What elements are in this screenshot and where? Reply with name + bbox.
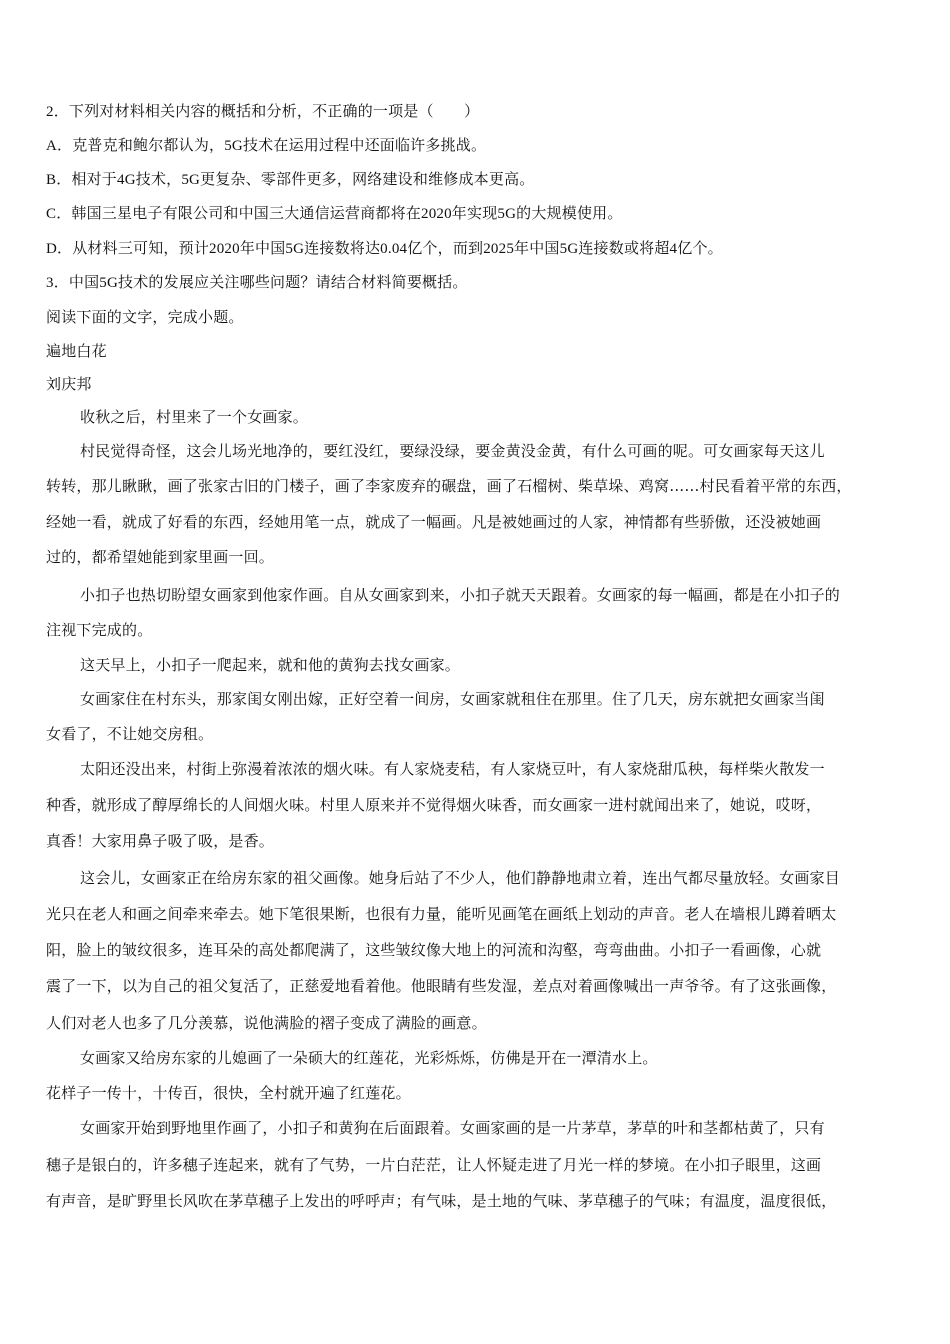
article-line: 光只在老人和画之间牵来牵去。她下笔很果断，也很有力量，能听见画笔在画纸上划动的声… bbox=[46, 904, 836, 924]
article-line: 穗子是银白的，许多穗子连起来，就有了气势，一片白茫茫，让人怀疑走进了月光一样的梦… bbox=[46, 1155, 821, 1175]
article-line: 过的，都希望她能到家里画一回。 bbox=[46, 547, 274, 567]
article-line: 女看了，不让她交房租。 bbox=[46, 724, 213, 744]
article-line: 女画家住在村东头，那家闺女刚出嫁，正好空着一间房，女画家就租住在那里。住了几天，… bbox=[80, 689, 825, 709]
question-2-option-b: B．相对于4G技术，5G更复杂、零部件更多，网络建设和维修成本更高。 bbox=[46, 170, 534, 190]
article-line: 花样子一传十，十传百，很快，全村就开遍了红莲花。 bbox=[46, 1083, 411, 1103]
article-line: 经她一看，就成了好看的东西，经她用笔一点，就成了一幅画。凡是被她画过的人家，神情… bbox=[46, 512, 821, 532]
question-2-option-c: C．韩国三星电子有限公司和中国三大通信运营商都将在2020年实现5G的大规模使用… bbox=[46, 204, 623, 224]
question-2-option-d: D．从材料三可知，预计2020年中国5G连接数将达0.04亿个，而到2025年中… bbox=[46, 239, 723, 259]
article-title: 遍地白花 bbox=[46, 341, 107, 361]
question-2-stem: 2．下列对材料相关内容的概括和分析，不正确的一项是（ ） bbox=[46, 102, 479, 122]
article-line: 小扣子也热切盼望女画家到他家作画。自从女画家到来，小扣子就天天跟着。女画家的每一… bbox=[80, 585, 840, 605]
article-author: 刘庆邦 bbox=[46, 374, 92, 394]
article-line: 种香，就形成了醇厚绵长的人间烟火味。村里人原来并不觉得烟火味香，而女画家一进村就… bbox=[46, 795, 821, 815]
article-line: 这天早上，小扣子一爬起来，就和他的黄狗去找女画家。 bbox=[80, 655, 460, 675]
article-line: 村民觉得奇怪，这会儿场光地净的，要红没红，要绿没绿，要金黄没金黄，有什么可画的呢… bbox=[80, 441, 825, 461]
article-line: 注视下完成的。 bbox=[46, 620, 152, 640]
article-line: 女画家又给房东家的儿媳画了一朵硕大的红莲花，光彩烁烁，仿佛是开在一潭清水上。 bbox=[80, 1048, 658, 1068]
article-line: 真香！大家用鼻子吸了吸，是香。 bbox=[46, 831, 274, 851]
article-line: 转转，那儿瞅瞅，画了张家古旧的门楼子，画了李家废弃的碾盘，画了石榴树、柴草垛、鸡… bbox=[46, 476, 852, 496]
article-line: 有声音，是旷野里长风吹在茅草穗子上发出的呼呼声；有气味，是土地的气味、茅草穗子的… bbox=[46, 1191, 836, 1211]
article-line: 震了一下，以为自己的祖父复活了，正慈爱地看着他。他眼睛有些发湿，差点对着画像喊出… bbox=[46, 976, 836, 996]
article-line: 收秋之后，村里来了一个女画家。 bbox=[80, 407, 308, 427]
question-2-option-a: A．克普克和鲍尔都认为，5G技术在运用过程中还面临许多挑战。 bbox=[46, 136, 486, 156]
article-line: 太阳还没出来，村街上弥漫着浓浓的烟火味。有人家烧麦秸，有人家烧豆叶，有人家烧甜瓜… bbox=[80, 759, 825, 779]
article-line: 人们对老人也多了几分羡慕，说他满脸的褶子变成了满脸的画意。 bbox=[46, 1013, 487, 1033]
article-line: 阳，脸上的皱纹很多，连耳朵的高处都爬满了，这些皱纹像大地上的河流和沟壑，弯弯曲曲… bbox=[46, 940, 821, 960]
article-line: 这会儿，女画家正在给房东家的祖父画像。她身后站了不少人，他们静静地肃立着，连出气… bbox=[80, 868, 840, 888]
question-3-stem: 3．中国5G技术的发展应关注哪些问题？请结合材料简要概括。 bbox=[46, 273, 468, 293]
reading-instruction: 阅读下面的文字，完成小题。 bbox=[46, 307, 244, 327]
article-line: 女画家开始到野地里作画了，小扣子和黄狗在后面跟着。女画家画的是一片茅草，茅草的叶… bbox=[80, 1118, 825, 1138]
